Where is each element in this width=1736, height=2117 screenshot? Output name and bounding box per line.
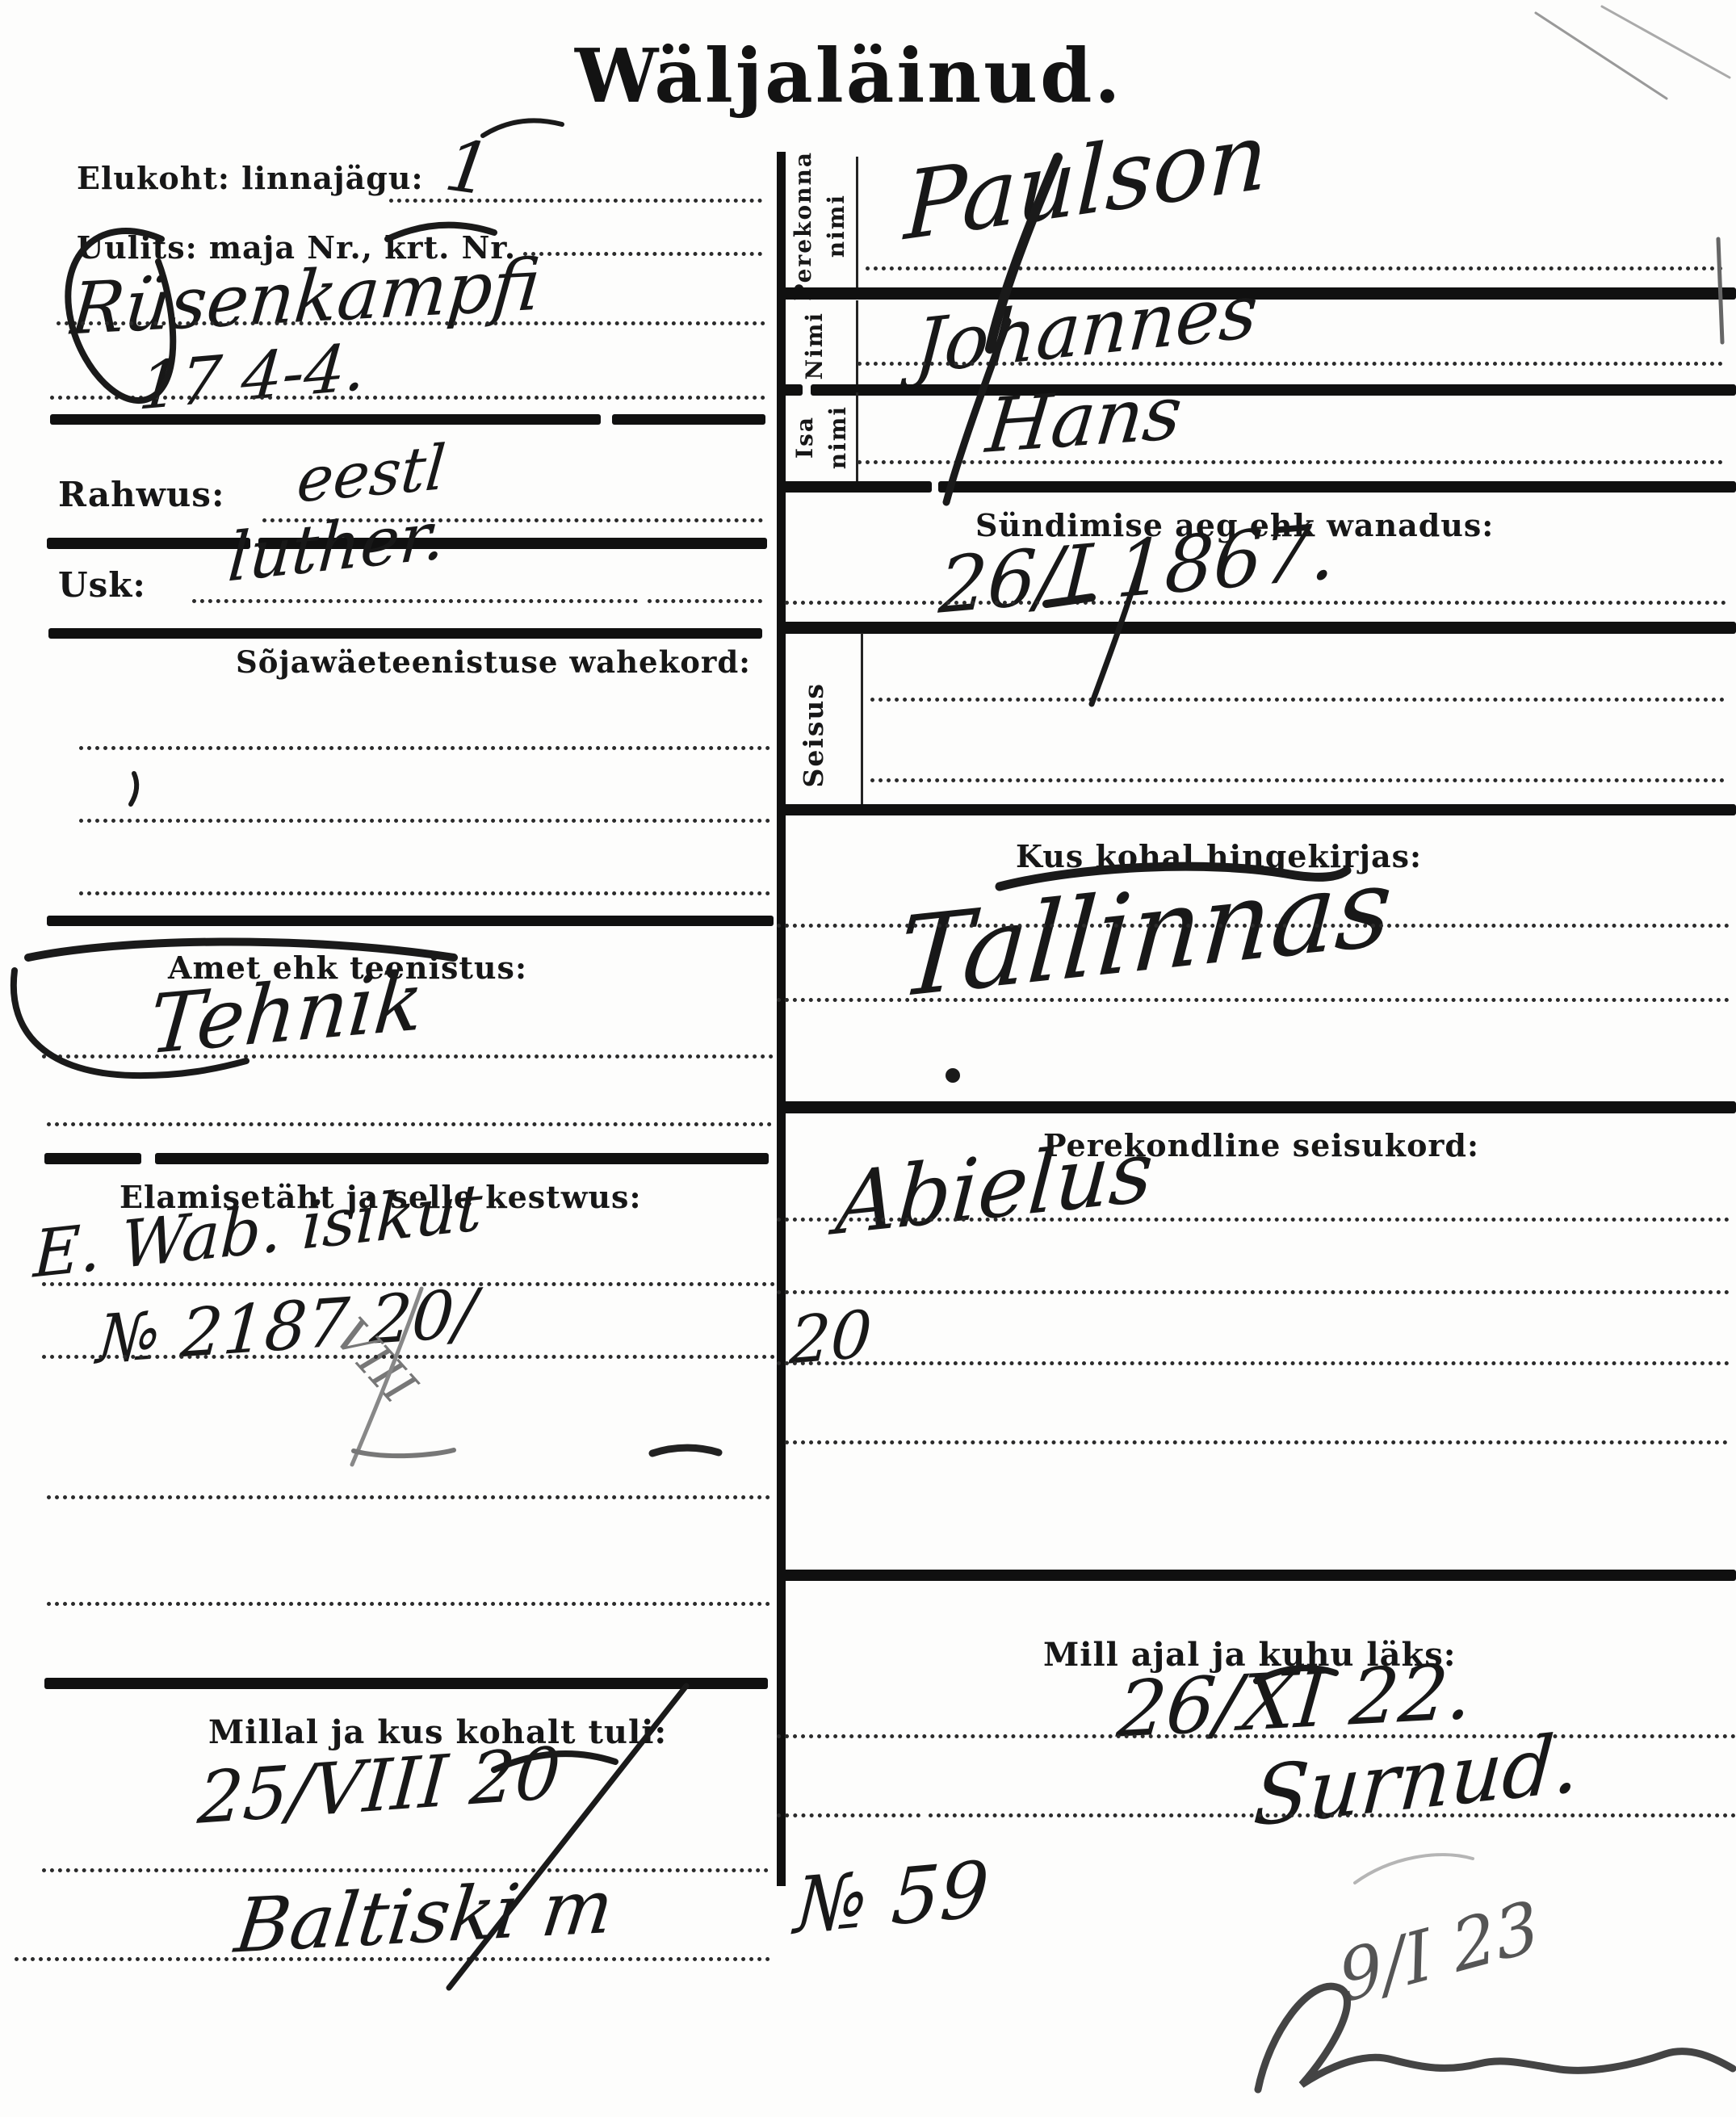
- parish-register-value: Tallinnas: [895, 842, 1396, 1022]
- dotted-line: [192, 599, 638, 603]
- dotted-line: [777, 1290, 1730, 1294]
- official-signature-scrawl: [1258, 1986, 1733, 2090]
- residence-label: Elukoht: linnajägu:: [77, 160, 424, 196]
- dotted-line: [785, 601, 1726, 605]
- nationality-label: Rahwus:: [58, 475, 224, 514]
- family-name-label: Perekonna nimi: [790, 158, 849, 294]
- dotted-line: [50, 396, 765, 400]
- section-rule: [777, 804, 1736, 815]
- dotted-line: [42, 1054, 774, 1058]
- section-rule: [44, 1678, 768, 1689]
- dotted-line: [870, 698, 1725, 702]
- family-name-value: Paulson: [903, 101, 1269, 262]
- section-rule: [50, 414, 601, 425]
- arrival-place-value: Baltiski m: [231, 1863, 619, 1969]
- dotted-line: [785, 1440, 1728, 1444]
- section-rule: [48, 628, 762, 639]
- section-rule: [777, 1570, 1736, 1581]
- dotted-line: [79, 819, 770, 823]
- document-title: Wäljaläinud.: [575, 32, 1122, 119]
- first-name-label: Nimi: [801, 312, 828, 380]
- dotted-line: [858, 460, 1723, 464]
- section-rule: [777, 481, 932, 493]
- column-divider: [777, 152, 786, 1886]
- dotted-line: [42, 1868, 769, 1872]
- religion-label: Usk:: [58, 565, 146, 605]
- dotted-line: [866, 266, 1723, 270]
- status-label-group: Seisus: [798, 667, 829, 803]
- dotted-line: [929, 1813, 1736, 1817]
- dotted-line: [79, 746, 770, 750]
- marital-note-value: 20: [788, 1296, 874, 1379]
- father-name-value: Hans: [983, 369, 1186, 470]
- pencil-underline-stroke: [354, 1450, 454, 1456]
- dotted-line: [870, 778, 1725, 782]
- period-dot-mark: [946, 1068, 960, 1083]
- field-separator: [856, 392, 858, 483]
- father-name-label: Isa nimi: [791, 397, 851, 478]
- section-rule: [47, 916, 774, 926]
- house-number-value: № 59: [793, 1845, 992, 1951]
- field-separator: [856, 300, 858, 386]
- family-name-label-line2: nimi: [823, 194, 849, 258]
- dotted-line: [15, 1957, 770, 1961]
- first-name-label-group: Nimi: [801, 307, 828, 384]
- dotted-line: [57, 321, 765, 325]
- family-name-label-line1: Perekonna: [790, 151, 816, 301]
- ink-dash-stroke: [652, 1448, 719, 1453]
- permit-value-line2: № 2187 20/: [94, 1275, 479, 1379]
- status-label: Seisus: [798, 682, 829, 788]
- military-service-label: Sõjawäeteenistuse wahekord:: [236, 644, 751, 680]
- dotted-line: [47, 1495, 770, 1499]
- section-rule: [777, 1101, 1736, 1113]
- dotted-line: [777, 924, 1730, 928]
- first-name-value: Johannes: [912, 267, 1260, 391]
- registration-card-scan: Wäljaläinud. Elukoht: linnajägu: 1 Uulit…: [0, 0, 1736, 2117]
- dotted-line: [777, 1734, 1736, 1738]
- pencil-date-value: 9/I 23: [1333, 1885, 1544, 2018]
- dotted-line: [777, 1813, 920, 1817]
- dotted-line: [42, 1355, 775, 1359]
- section-rule: [777, 622, 1736, 634]
- section-rule: [155, 1153, 769, 1164]
- dotted-line: [777, 1218, 1730, 1222]
- corner-scratch-1: [1536, 13, 1667, 99]
- field-separator: [861, 633, 863, 806]
- dotted-line: [648, 599, 762, 603]
- section-rule: [44, 1153, 141, 1164]
- religion-value: luther.: [225, 497, 447, 597]
- dotted-line: [47, 1122, 772, 1126]
- section-rule: [938, 481, 1736, 493]
- dotted-line: [858, 362, 1723, 366]
- father-name-label-line2: nimi: [824, 405, 851, 469]
- pencil-smudge-stroke: [1355, 1855, 1473, 1883]
- section-rule: [811, 384, 1736, 396]
- marital-status-value: Abielus: [833, 1121, 1156, 1255]
- father-name-label-line1: Isa: [791, 416, 818, 459]
- section-rule: [612, 414, 765, 425]
- corner-scratch-2: [1602, 6, 1730, 78]
- comma-mark-stroke: [131, 773, 136, 804]
- field-separator: [856, 157, 858, 292]
- dotted-line: [47, 1602, 770, 1606]
- dotted-line: [79, 891, 770, 895]
- dotted-line: [777, 998, 1730, 1002]
- dotted-line: [523, 252, 762, 256]
- section-rule: [777, 384, 803, 396]
- dotted-line: [777, 1361, 1730, 1365]
- section-rule: [47, 538, 250, 549]
